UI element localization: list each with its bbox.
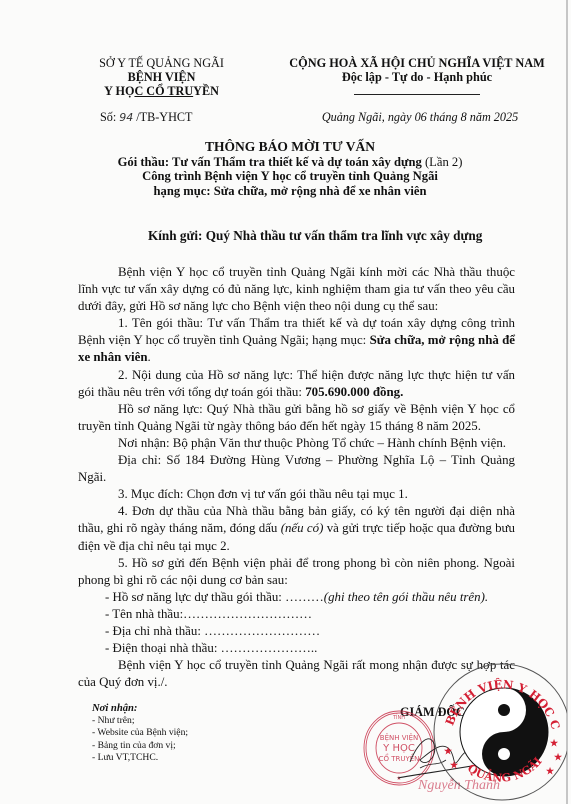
envelope-line: - Địa chỉ nhà thầu: ……………………… (78, 623, 515, 640)
recipient-item: - Website của Bệnh viện; (92, 727, 188, 739)
intro-paragraph: Bệnh viện Y học cổ truyền tỉnh Quảng Ngã… (78, 264, 515, 315)
official-seal-icon: BỆNH VIỆN Y HỌC CỔ TRUYỀN QUẢNG NGÃI ★ ★… (432, 654, 567, 804)
recipients-heading: Nơi nhận: (92, 703, 188, 715)
place-date: Quảng Ngãi, ngày 06 tháng 8 năm 2025 (270, 110, 570, 125)
item-name: hạng mục: Sửa chữa, mở rộng nhà để xe nh… (40, 184, 540, 199)
project-name: Công trình Bệnh viện Y học cổ truyền tỉn… (40, 169, 540, 184)
recipient-item: - Lưu VT,TCHC. (92, 752, 188, 764)
svg-text:★: ★ (444, 746, 453, 757)
recipient-item: - Bảng tin của đơn vị; (92, 740, 188, 752)
hospital-name-line2: Y HỌC CỔ TRUYỀN (84, 84, 239, 98)
recipients-list: - Như trên;- Website của Bệnh viện;- Bản… (92, 715, 188, 764)
national-motto-header: CỘNG HOÀ XÃ HỘI CHỦ NGHĨA VIỆT NAM Độc l… (272, 56, 562, 95)
submission-paragraph: Hồ sơ năng lực: Quý Nhà thầu gửi bằng hồ… (78, 401, 515, 435)
item-1: 1. Tên gói thầu: Tư vấn Thẩm tra thiết k… (78, 315, 515, 366)
addressee: Kính gửi: Quý Nhà thầu tư vấn thẩm tra l… (148, 228, 482, 244)
handwritten-number: 94 (116, 111, 136, 124)
document-number: Số:94/TB-YHCT (100, 110, 192, 125)
hospital-name-line1: BỆNH VIỆN (84, 70, 239, 84)
document-page: SỞ Y TẾ QUẢNG NGÃI BỆNH VIỆN Y HỌC CỔ TR… (0, 0, 571, 804)
item-2: 2. Nội dung của Hồ sơ năng lực: Thể hiện… (78, 367, 515, 401)
motto-underline (354, 94, 480, 95)
recipient-item: - Như trên; (92, 715, 188, 727)
item-4: 4. Đơn dự thầu của Nhà thầu bằng bản giấ… (78, 503, 515, 554)
envelope-line: - Hồ sơ năng lực dự thầu gói thầu: ………(g… (78, 589, 515, 606)
notice-title-block: THÔNG BÁO MỜI TƯ VẤN Gói thầu: Tư vấn Th… (40, 140, 540, 198)
issuing-agency-header: SỞ Y TẾ QUẢNG NGÃI BỆNH VIỆN Y HỌC CỔ TR… (84, 56, 239, 98)
recipients-block: Nơi nhận: - Như trên;- Website của Bệnh … (92, 703, 188, 764)
address-paragraph: Địa chỉ: Số 184 Đường Hùng Vương – Phườn… (78, 452, 515, 486)
item-5: 5. Hồ sơ gửi đến Bệnh viện phải để trong… (78, 555, 515, 589)
department-name: SỞ Y TẾ QUẢNG NGÃI (84, 56, 239, 70)
svg-text:★: ★ (550, 738, 559, 749)
item-3: 3. Mục đích: Chọn đơn vị tư vấn gói thầu… (78, 486, 515, 503)
notice-title: THÔNG BÁO MỜI TƯ VẤN (40, 140, 540, 155)
envelope-line: - Tên nhà thầu:………………………… (78, 606, 515, 623)
notice-body: Bệnh viện Y học cổ truyền tỉnh Quảng Ngã… (78, 264, 515, 691)
svg-text:★: ★ (546, 766, 555, 777)
motto: Độc lập - Tự do - Hạnh phúc (272, 70, 562, 84)
receiver-paragraph: Nơi nhận: Bộ phận Văn thư thuộc Phòng Tổ… (78, 435, 515, 452)
envelope-lines: - Hồ sơ năng lực dự thầu gói thầu: ………(g… (78, 589, 515, 657)
country-name: CỘNG HOÀ XÃ HỘI CHỦ NGHĨA VIỆT NAM (272, 56, 562, 70)
package-name: Gói thầu: Tư vấn Thẩm tra thiết kế và dự… (40, 155, 540, 170)
svg-text:★: ★ (450, 760, 459, 771)
svg-text:TỈNH: TỈNH (392, 713, 405, 721)
svg-text:★: ★ (554, 752, 563, 763)
